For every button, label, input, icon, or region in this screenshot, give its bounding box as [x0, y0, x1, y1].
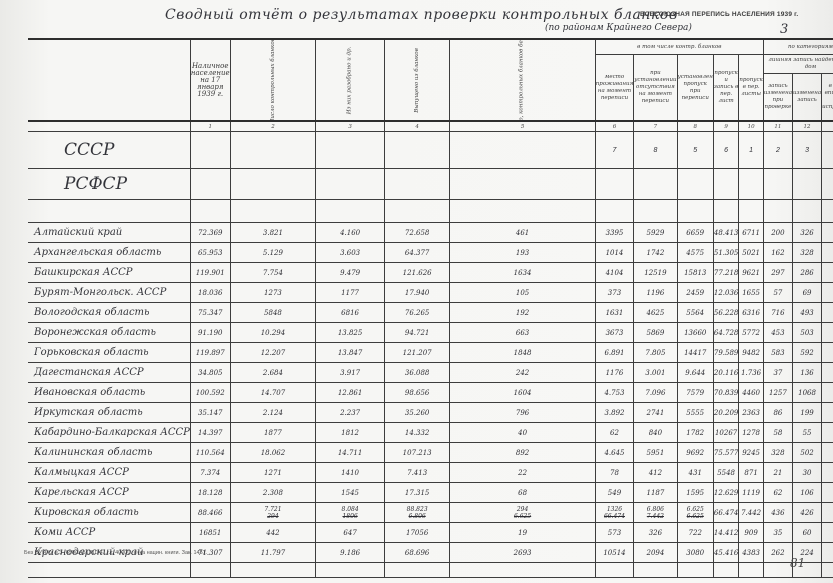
value-cell: 1742: [634, 243, 677, 263]
value-cell: 162: [763, 243, 792, 263]
value-cell: 66.474: [713, 503, 739, 523]
value-cell: 76.265: [384, 303, 450, 323]
region-row: Иркутская область35.1472.1242.23735.2607…: [28, 403, 833, 423]
value-cell: [822, 343, 833, 363]
value-cell: 1068: [792, 383, 821, 403]
value-cell: 592: [792, 343, 821, 363]
value-cell: [450, 563, 595, 578]
value-cell: [190, 563, 230, 578]
ussr-row: СССР78561234: [28, 132, 833, 169]
value-cell: [677, 200, 713, 223]
value-cell: 4625: [634, 303, 677, 323]
value-cell: 5.129: [230, 243, 316, 263]
value-cell: [634, 563, 677, 578]
value-cell: 72.658: [384, 223, 450, 243]
value-cell: 19: [450, 523, 595, 543]
struck-value: 6.625: [678, 513, 713, 520]
value-cell: 75.577: [713, 443, 739, 463]
column-number: 5: [450, 121, 595, 132]
print-footer: Без ЦУНХУ в 3 (650/1481)/10 41 г.т. 4000…: [24, 550, 207, 556]
value-cell: [822, 403, 833, 423]
value-cell: 426: [792, 503, 821, 523]
value-cell: [450, 169, 595, 200]
region-name: Карельская АССР: [28, 483, 190, 503]
value-cell: 722: [677, 523, 713, 543]
value-cell: 4104: [595, 263, 633, 283]
value-cell: 871: [739, 463, 763, 483]
value-cell: 4.753: [595, 383, 633, 403]
value-cell: [822, 483, 833, 503]
region-name: Кабардино-Балкарская АССР: [28, 423, 190, 443]
value-cell: 75.347: [190, 303, 230, 323]
region-name: Калининская область: [28, 443, 190, 463]
value-cell: 30: [792, 463, 821, 483]
value-cell: 136: [792, 363, 821, 383]
value-cell: 1176: [595, 363, 633, 383]
value-cell: 9692: [677, 443, 713, 463]
column-number: 13: [822, 121, 833, 132]
region-row: Алтайский край72.3693.8214.16072.6584613…: [28, 223, 833, 243]
value-cell: 77.218: [713, 263, 739, 283]
struck-value: 1806: [316, 513, 384, 520]
value-cell: 9621: [739, 263, 763, 283]
value-cell: 121.626: [384, 263, 450, 283]
value-cell: 3395: [595, 223, 633, 243]
value-cell: 9482: [739, 343, 763, 363]
header-sub-found: лишняя запись найдена, при дом: [763, 55, 833, 74]
value-cell: 1177: [316, 283, 385, 303]
census-table: Наличное население на 17 января 1939 г.Ч…: [28, 38, 833, 578]
value-cell: 242: [450, 363, 595, 383]
value-cell: 328: [763, 443, 792, 463]
value-cell: 13.825: [316, 323, 385, 343]
region-name: Горьковская область: [28, 343, 190, 363]
value-cell: 14.397: [190, 423, 230, 443]
header-col10: пропуск в пер. листы: [739, 55, 763, 122]
header-group-in-that-number: в том числе контр. бланков: [595, 39, 763, 55]
value-cell: [822, 423, 833, 443]
region-row: Бурят-Монгольск. АССР18.0361273117717.94…: [28, 283, 833, 303]
region-name: [28, 563, 190, 578]
region-row: Калининская область110.56418.06214.71110…: [28, 443, 833, 463]
value-cell: 431: [677, 463, 713, 483]
value-cell: 1604: [450, 383, 595, 403]
value-cell: 69: [792, 283, 821, 303]
value-cell: [713, 169, 739, 200]
value-cell: 62: [763, 483, 792, 503]
value-cell: 65.953: [190, 243, 230, 263]
value-cell: 12519: [634, 263, 677, 283]
value-cell: 1278: [739, 423, 763, 443]
value-cell: 297: [763, 263, 792, 283]
value-cell: 1812: [316, 423, 385, 443]
header-group-by-category: по категориям: [763, 39, 833, 55]
value-cell: 892: [450, 443, 595, 463]
value-cell: [384, 563, 450, 578]
corrected-value: 1326: [596, 506, 633, 513]
value-cell: [822, 200, 833, 223]
value-cell: [595, 563, 633, 578]
value-cell: [822, 463, 833, 483]
struck-value: 294: [231, 513, 316, 520]
region-row: Калмыцкая АССР7.374127114107.41322784124…: [28, 463, 833, 483]
value-cell: 1595: [677, 483, 713, 503]
column-number: 6: [595, 121, 633, 132]
header-col6: место проживания на момент переписи: [595, 55, 633, 122]
value-cell: 6816: [316, 303, 385, 323]
value-cell: [190, 132, 230, 169]
value-cell: 45.416: [713, 543, 739, 563]
value-cell: 549: [595, 483, 633, 503]
value-cell: 1634: [450, 263, 595, 283]
value-cell: 13.847: [316, 343, 385, 363]
value-cell: [230, 132, 316, 169]
region-row: Карельская АССР18.1282.308154517.3156854…: [28, 483, 833, 503]
struck-value: 66.474: [596, 513, 633, 520]
corrected-value: 6.806: [634, 506, 676, 513]
value-cell: 4575: [677, 243, 713, 263]
value-cell: 7.721294: [230, 503, 316, 523]
value-cell: 286: [792, 263, 821, 283]
region-name: Архангельская область: [28, 243, 190, 263]
region-name: Кировская область: [28, 503, 190, 523]
value-cell: 6.8067.442: [634, 503, 677, 523]
value-cell: 3: [792, 132, 821, 169]
census-report-page: Сводный отчёт о результатах проверки кон…: [0, 0, 833, 583]
value-cell: 193: [450, 243, 595, 263]
value-cell: 6: [713, 132, 739, 169]
value-cell: 14.332: [384, 423, 450, 443]
value-cell: 14.711: [316, 443, 385, 463]
header-present-population: Наличное население на 17 января 1939 г.: [190, 39, 230, 121]
value-cell: 78: [595, 463, 633, 483]
region-name: Иркутская область: [28, 403, 190, 423]
value-cell: [792, 200, 821, 223]
value-cell: 573: [595, 523, 633, 543]
value-cell: 98.656: [384, 383, 450, 403]
value-cell: 493: [792, 303, 821, 323]
value-cell: [677, 563, 713, 578]
value-cell: [822, 303, 833, 323]
value-cell: 2094: [634, 543, 677, 563]
value-cell: 17.940: [384, 283, 450, 303]
value-cell: 5548: [713, 463, 739, 483]
value-cell: 10514: [595, 543, 633, 563]
report-title: Сводный отчёт о результатах проверки кон…: [165, 7, 677, 23]
value-cell: [450, 132, 595, 169]
value-cell: [822, 563, 833, 578]
column-number: 3: [316, 121, 385, 132]
value-cell: 9.186: [316, 543, 385, 563]
value-cell: 5848: [230, 303, 316, 323]
value-cell: [822, 223, 833, 243]
value-cell: [316, 132, 385, 169]
region-row: Ивановская область100.59214.70712.86198.…: [28, 383, 833, 403]
value-cell: 119.897: [190, 343, 230, 363]
value-cell: 2363: [739, 403, 763, 423]
header-control-blanks: Число контрольных бланков: [230, 39, 316, 121]
value-cell: 6711: [739, 223, 763, 243]
header-col9: пропуск и запись в пер. лист: [713, 55, 739, 122]
value-cell: 64.377: [384, 243, 450, 263]
region-row: Башкирская АССР119.9017.7549.479121.6261…: [28, 263, 833, 283]
value-cell: 5: [677, 132, 713, 169]
value-cell: 716: [763, 303, 792, 323]
value-cell: 1119: [739, 483, 763, 503]
value-cell: 5929: [634, 223, 677, 243]
value-cell: 909: [739, 523, 763, 543]
value-cell: 9245: [739, 443, 763, 463]
value-cell: 55: [792, 423, 821, 443]
value-cell: 1.736: [739, 363, 763, 383]
value-cell: [792, 169, 821, 200]
value-cell: 1877: [230, 423, 316, 443]
value-cell: 5555: [677, 403, 713, 423]
value-cell: [595, 169, 633, 200]
value-cell: 40: [450, 423, 595, 443]
value-cell: 7: [595, 132, 633, 169]
value-cell: [634, 200, 677, 223]
header-unchecked: Кроме того, контрольных бланков без пров…: [450, 39, 595, 121]
region-name: Воронежская область: [28, 323, 190, 343]
value-cell: 88.8236.806: [384, 503, 450, 523]
value-cell: 2741: [634, 403, 677, 423]
value-cell: 10.294: [230, 323, 316, 343]
region-row: Дагестанская АССР34.8052.6843.91736.0882…: [28, 363, 833, 383]
value-cell: 200: [763, 223, 792, 243]
column-header-text: Число контрольных бланков: [269, 39, 276, 121]
value-cell: [822, 383, 833, 403]
rsfsr-row: РСФСР: [28, 169, 833, 200]
value-cell: 72.369: [190, 223, 230, 243]
value-cell: 14417: [677, 343, 713, 363]
value-cell: 3.917: [316, 363, 385, 383]
header-col13: в бланк вписаны и не исправлены: [822, 73, 833, 121]
region-row: Вологодская область75.3475848681676.2651…: [28, 303, 833, 323]
value-cell: 12.861: [316, 383, 385, 403]
value-cell: 88.466: [190, 503, 230, 523]
value-cell: [384, 169, 450, 200]
header-col7: при установлении отсутствия на момент пе…: [634, 55, 677, 122]
region-name: РСФСР: [28, 169, 190, 200]
region-name: Ивановская область: [28, 383, 190, 403]
value-cell: [763, 169, 792, 200]
column-number-spacer: [28, 121, 190, 132]
value-cell: [384, 132, 450, 169]
region-name: Бурят-Монгольск. АССР: [28, 283, 190, 303]
value-cell: 94.721: [384, 323, 450, 343]
value-cell: 9.644: [677, 363, 713, 383]
value-cell: 328: [792, 243, 821, 263]
value-cell: 8: [634, 132, 677, 169]
value-cell: [450, 200, 595, 223]
value-cell: 56.228: [713, 303, 739, 323]
column-number: 8: [677, 121, 713, 132]
value-cell: 1273: [230, 283, 316, 303]
region-row: Архангельская область65.9535.1293.60364.…: [28, 243, 833, 263]
value-cell: [822, 503, 833, 523]
value-cell: 453: [763, 323, 792, 343]
name-column-header: [28, 39, 190, 121]
value-cell: 18.128: [190, 483, 230, 503]
value-cell: 37: [763, 363, 792, 383]
value-cell: 21: [763, 463, 792, 483]
value-cell: 199: [792, 403, 821, 423]
value-cell: 1782: [677, 423, 713, 443]
value-cell: [822, 543, 833, 563]
value-cell: 132666.474: [595, 503, 633, 523]
value-cell: 1545: [316, 483, 385, 503]
column-number: 9: [713, 121, 739, 132]
region-row: Горьковская область119.89712.20713.84712…: [28, 343, 833, 363]
value-cell: 442: [230, 523, 316, 543]
region-name: Алтайский край: [28, 223, 190, 243]
value-cell: 51.305: [713, 243, 739, 263]
value-cell: 1014: [595, 243, 633, 263]
value-cell: 6.891: [595, 343, 633, 363]
value-cell: 22: [450, 463, 595, 483]
value-cell: 105: [450, 283, 595, 303]
column-number: 10: [739, 121, 763, 132]
value-cell: 60: [792, 523, 821, 543]
value-cell: 2459: [677, 283, 713, 303]
value-cell: 7.754: [230, 263, 316, 283]
region-name: Калмыцкая АССР: [28, 463, 190, 483]
region-name: Дагестанская АССР: [28, 363, 190, 383]
value-cell: 3080: [677, 543, 713, 563]
value-cell: 107.213: [384, 443, 450, 463]
struck-value: 7.442: [634, 513, 676, 520]
value-cell: 15813: [677, 263, 713, 283]
value-cell: 86: [763, 403, 792, 423]
value-cell: 13660: [677, 323, 713, 343]
value-cell: 1410: [316, 463, 385, 483]
corrected-value: 8.084: [316, 506, 384, 513]
value-cell: 35.147: [190, 403, 230, 423]
value-cell: 121.207: [384, 343, 450, 363]
value-cell: 326: [634, 523, 677, 543]
value-cell: 35.260: [384, 403, 450, 423]
value-cell: [763, 563, 792, 578]
value-cell: [713, 563, 739, 578]
header-issued: Выпущено из бланков: [384, 39, 450, 121]
value-cell: 3673: [595, 323, 633, 343]
value-cell: 3.821: [230, 223, 316, 243]
value-cell: [822, 169, 833, 200]
value-cell: [822, 443, 833, 463]
value-cell: 14.412: [713, 523, 739, 543]
corrected-value: 294: [450, 506, 594, 513]
value-cell: 4383: [739, 543, 763, 563]
value-cell: 12.207: [230, 343, 316, 363]
value-cell: 100.592: [190, 383, 230, 403]
value-cell: 3.603: [316, 243, 385, 263]
value-cell: 5951: [634, 443, 677, 463]
column-number: 12: [792, 121, 821, 132]
value-cell: [739, 169, 763, 200]
value-cell: 1631: [595, 303, 633, 323]
value-cell: 4.160: [316, 223, 385, 243]
header-col8: установлен пропуск при переписи: [677, 55, 713, 122]
value-cell: 17.315: [384, 483, 450, 503]
report-subtitle: (по районам Крайнего Севера): [545, 23, 692, 33]
value-cell: 16851: [190, 523, 230, 543]
value-cell: 2: [763, 132, 792, 169]
value-cell: [822, 523, 833, 543]
value-cell: [230, 563, 316, 578]
value-cell: 663: [450, 323, 595, 343]
census-header: ВСЕСОЮЗНАЯ ПЕРЕПИСЬ НАСЕЛЕНИЯ 1939 г.: [640, 11, 798, 18]
value-cell: 7.096: [634, 383, 677, 403]
value-cell: [190, 200, 230, 223]
value-cell: 1187: [634, 483, 677, 503]
region-name: Вологодская область: [28, 303, 190, 323]
corrected-value: 88.823: [385, 506, 450, 513]
value-cell: 6659: [677, 223, 713, 243]
value-cell: [739, 200, 763, 223]
value-cell: [190, 169, 230, 200]
value-cell: 10267: [713, 423, 739, 443]
value-cell: [739, 563, 763, 578]
sheet-mark: 3: [780, 22, 788, 37]
value-cell: 2.124: [230, 403, 316, 423]
value-cell: 461: [450, 223, 595, 243]
value-cell: 412: [634, 463, 677, 483]
value-cell: 5564: [677, 303, 713, 323]
column-header-text: Кроме того, контрольных бланков без пров…: [519, 39, 526, 121]
value-cell: 2693: [450, 543, 595, 563]
value-cell: 106: [792, 483, 821, 503]
value-cell: 20.116: [713, 363, 739, 383]
value-cell: 7.413: [384, 463, 450, 483]
value-cell: 262: [763, 543, 792, 563]
value-cell: 58: [763, 423, 792, 443]
value-cell: 2.237: [316, 403, 385, 423]
value-cell: [634, 169, 677, 200]
value-cell: [822, 363, 833, 383]
value-cell: [822, 323, 833, 343]
value-cell: 1848: [450, 343, 595, 363]
value-cell: 4.645: [595, 443, 633, 463]
value-cell: 4: [822, 132, 833, 169]
value-cell: [316, 169, 385, 200]
region-row: Воронежская область91.19010.29413.82594.…: [28, 323, 833, 343]
value-cell: [384, 200, 450, 223]
value-cell: [822, 243, 833, 263]
value-cell: 18.062: [230, 443, 316, 463]
value-cell: [230, 200, 316, 223]
value-cell: 34.805: [190, 363, 230, 383]
value-cell: 1655: [739, 283, 763, 303]
value-cell: 68.696: [384, 543, 450, 563]
value-cell: 502: [792, 443, 821, 463]
value-cell: 68: [450, 483, 595, 503]
value-cell: 48.413: [713, 223, 739, 243]
region-row: Кировская область88.4667.7212948.0841806…: [28, 503, 833, 523]
value-cell: 3.001: [634, 363, 677, 383]
value-cell: 796: [450, 403, 595, 423]
column-header-text: Из них разобрано и др.: [347, 46, 354, 114]
value-cell: 7.805: [634, 343, 677, 363]
value-cell: 326: [792, 223, 821, 243]
value-cell: 3.892: [595, 403, 633, 423]
value-cell: 70.839: [713, 383, 739, 403]
value-cell: 1: [739, 132, 763, 169]
region-row: Коми АССР16851442647170561957332672214.4…: [28, 523, 833, 543]
struck-value: 6.806: [385, 513, 450, 520]
value-cell: 2.684: [230, 363, 316, 383]
column-number: 7: [634, 121, 677, 132]
